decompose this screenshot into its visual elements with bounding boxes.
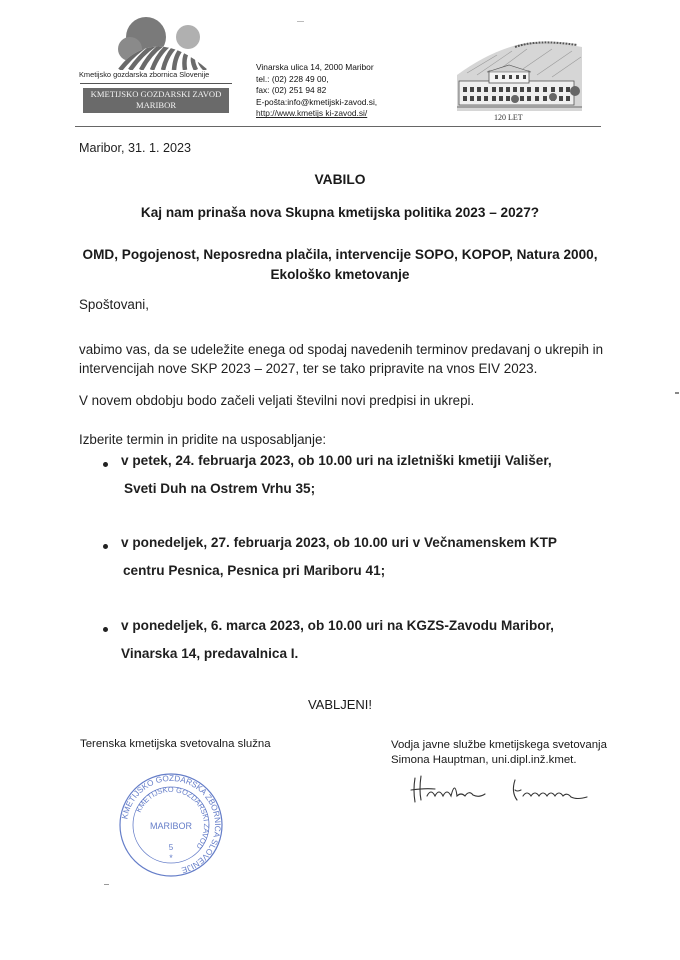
official-stamp-icon: KMETIJSKO GOZDARSKA ZBORNICA SLOVENIJE K… (118, 772, 224, 878)
website-link[interactable]: http://www.kmetijs ki-zavod.si/ (256, 108, 377, 120)
session-line2: Vinarska 14, predavalnica I. (121, 646, 298, 661)
fax: fax: (02) 251 94 82 (256, 85, 377, 97)
topics-line2: Ekološko kmetovanje (0, 265, 680, 285)
scan-mark (297, 21, 304, 22)
right-signatory-name: Simona Hauptman, uni.dipl.inž.kmet. (391, 753, 607, 768)
scan-mark (104, 884, 109, 885)
right-signatory: Vodja javne službe kmetijskega svetovanj… (391, 738, 607, 768)
topics: OMD, Pogojenost, Neposredna plačila, int… (0, 245, 680, 285)
document-title: VABILO (0, 172, 680, 187)
phone: tel.: (02) 228 49 00, (256, 74, 377, 86)
right-signatory-title: Vodja javne službe kmetijskega svetovanj… (391, 738, 607, 753)
intro-line1: vabimo vas, da se udeležite enega od spo… (79, 340, 603, 359)
svg-text:KMETIJSKO GOZDARSKI ZAVOD: KMETIJSKO GOZDARSKI ZAVOD (134, 785, 211, 851)
institute-name-line1: KMETIJSKO GOZDARSKI ZAVOD (83, 89, 229, 100)
topics-line1: OMD, Pogojenost, Neposredna plačila, int… (0, 245, 680, 265)
address: Vinarska ulica 14, 2000 Maribor (256, 62, 377, 74)
svg-text:5: 5 (169, 843, 174, 852)
institute-name-box: KMETIJSKO GOZDARSKI ZAVOD MARIBOR (83, 88, 229, 113)
choose-session-paragraph: Izberite termin in pridite na usposablja… (79, 432, 326, 447)
greeting: Spoštovani, (79, 297, 149, 312)
chamber-logo-icon (110, 15, 220, 70)
svg-text:*: * (169, 853, 173, 863)
handwritten-signature-icon (405, 770, 600, 810)
session-line2: centru Pesnica, Pesnica pri Mariboru 41; (123, 563, 385, 578)
bullet-icon (103, 462, 108, 467)
contact-block: Vinarska ulica 14, 2000 Maribor tel.: (0… (256, 62, 377, 120)
header-divider (75, 126, 601, 127)
institute-name-line2: MARIBOR (83, 100, 229, 111)
intro-line2: intervencijah nove SKP 2023 – 2027, ter … (79, 359, 603, 378)
session-line2: Sveti Duh na Ostrem Vrhu 35; (124, 481, 315, 496)
session-line1: v petek, 24. februarja 2023, ob 10.00 ur… (121, 453, 552, 468)
chamber-name: Kmetijsko gozdarska zbornica Slovenije (79, 70, 209, 79)
bullet-icon (103, 627, 108, 632)
session-line1: v ponedeljek, 6. marca 2023, ob 10.00 ur… (121, 618, 554, 633)
session-line1: v ponedeljek, 27. februarja 2023, ob 10.… (121, 535, 557, 550)
regulations-paragraph: V novem obdobju bodo začeli veljati štev… (79, 393, 474, 408)
closing: VABLJENI! (0, 697, 680, 712)
svg-text:MARIBOR: MARIBOR (150, 821, 193, 831)
document-subtitle: Kaj nam prinaša nova Skupna kmetijska po… (0, 205, 680, 220)
email-link[interactable]: E-pošta:info@kmetijski-zavod.si, (256, 97, 377, 109)
institute-building-illustration (457, 35, 582, 111)
left-signatory-title: Terenska kmetijska svetovalna služna (80, 738, 271, 750)
scan-mark (675, 392, 679, 394)
place-date: Maribor, 31. 1. 2023 (79, 141, 191, 155)
intro-paragraph: vabimo vas, da se udeležite enega od spo… (79, 340, 603, 378)
bullet-icon (103, 544, 108, 549)
anniversary-label: 120 LET (494, 113, 523, 122)
divider (80, 83, 232, 84)
